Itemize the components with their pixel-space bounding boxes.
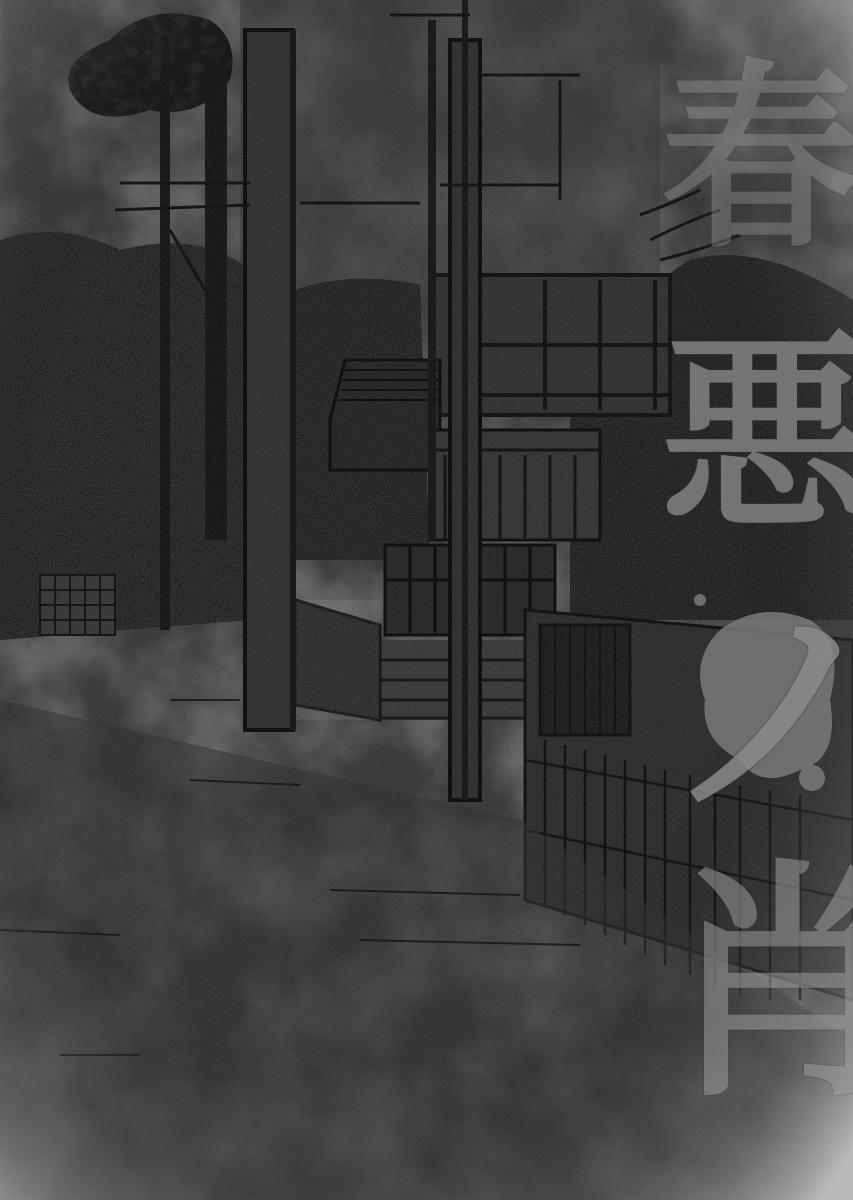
vignette	[0, 0, 853, 1200]
street-scene-illustration	[0, 0, 853, 1200]
